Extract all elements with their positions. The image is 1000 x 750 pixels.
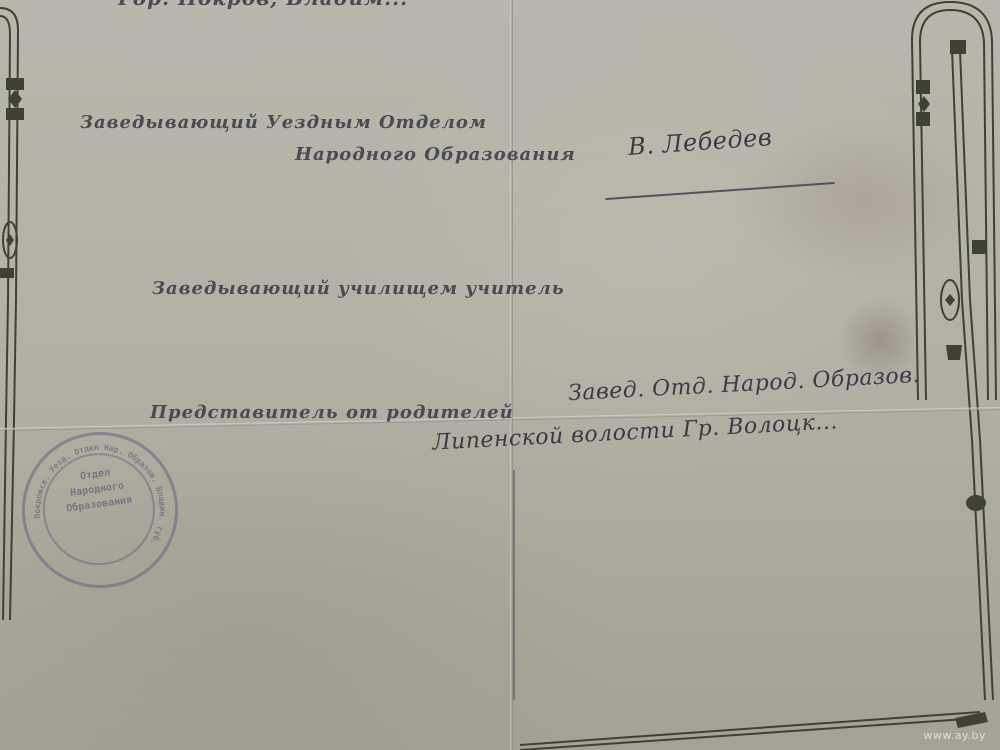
official-seal-stamp: Покровск. Уезд. Отдел Нар. Образов. Влад…: [12, 422, 188, 598]
title-head-county-education-dept: Заведывающий Уездным Отделом: [80, 112, 487, 133]
title-head-of-school-teacher: Заведывающий училищем учитель: [152, 278, 565, 299]
title-public-education: Народного Образования: [295, 144, 576, 165]
vertical-tear: [513, 470, 515, 700]
header-location-partial: Гор. Покров, Владим...: [118, 0, 408, 10]
site-watermark: www.ay.by: [923, 729, 986, 742]
title-parents-representative: Представитель от родителей: [150, 402, 514, 423]
